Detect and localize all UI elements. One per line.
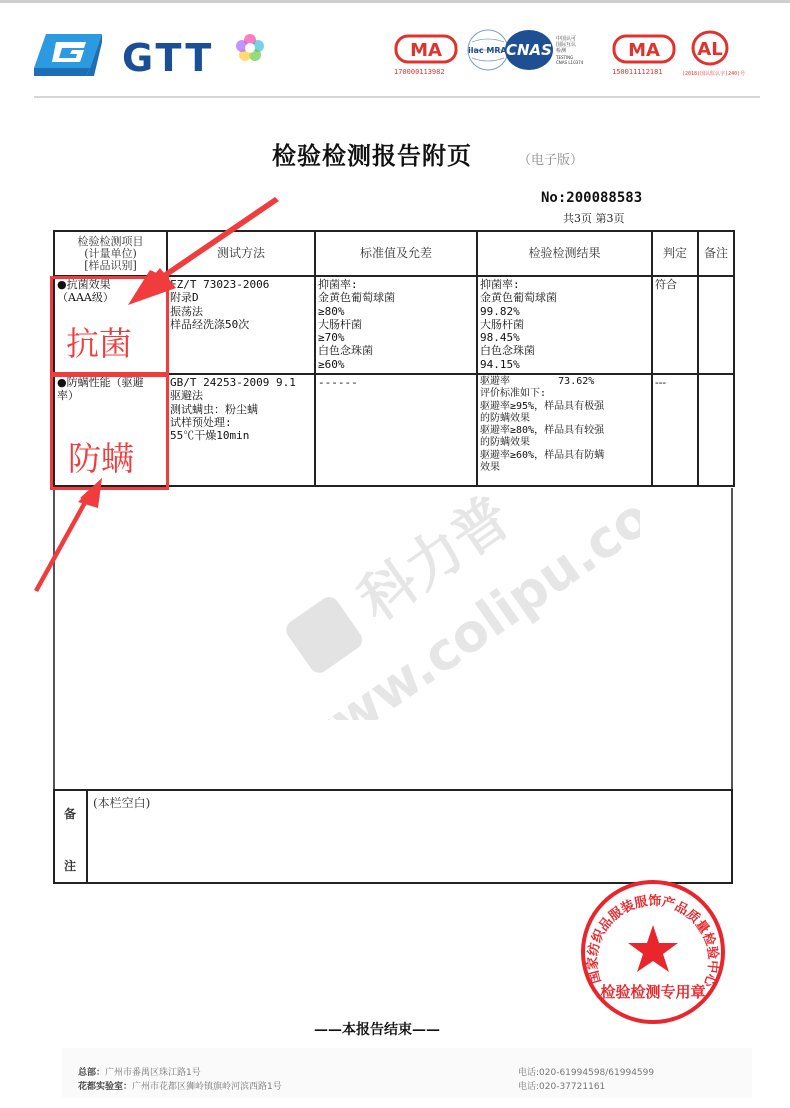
phone-2: 电话:020-37721161	[518, 1079, 605, 1092]
lab-address: 花都实验室：广州市花都区狮岭镇旗岭河滨西路1号	[78, 1079, 282, 1092]
footer: 总部：广州市番禺区珠江路1号 花都实验室：广州市花都区狮岭镇旗岭河滨西路1号 电…	[62, 1048, 752, 1098]
phone-1: 电话:020-61994598/61994599	[518, 1065, 654, 1078]
svg-text:国家纺织品服装服饰产品质量检验中心(广州): 国家纺织品服装服饰产品质量检验中心(广州)	[573, 877, 721, 990]
arrow-icon	[128, 197, 279, 305]
arrow-icon	[34, 478, 102, 592]
official-seal: 国家纺织品服装服饰产品质量检验中心(广州) 检验检测专用章	[573, 877, 733, 1027]
star-icon	[628, 925, 678, 972]
svg-text:检验检测专用章: 检验检测专用章	[600, 983, 705, 1001]
end-of-report: ——本报告结束——	[314, 1019, 440, 1039]
hq-address: 总部：广州市番禺区珠江路1号	[78, 1065, 201, 1078]
